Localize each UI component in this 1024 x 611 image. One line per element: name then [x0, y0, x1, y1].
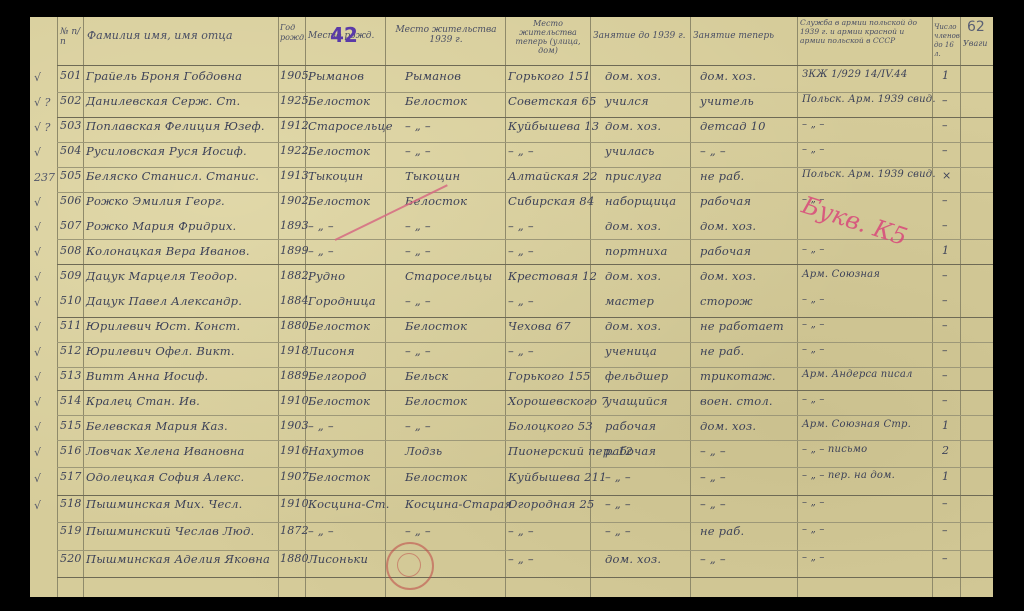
- family-count: –: [942, 194, 948, 207]
- row-group-divider: [57, 390, 993, 391]
- column-divider: [960, 17, 961, 597]
- row-number: 515: [60, 419, 82, 432]
- residence-1939: Лодзь: [405, 444, 442, 458]
- family-count: 1: [942, 244, 949, 257]
- margin-check-mark: √: [34, 246, 41, 259]
- row-divider: [57, 467, 993, 468]
- row-number: 518: [60, 497, 82, 510]
- full-name: Беляско Станисл. Станис.: [86, 169, 259, 183]
- residence-1939: Тыкоцин: [405, 169, 460, 183]
- residence-1939: – „ –: [405, 344, 431, 358]
- residence-1939: Белосток: [405, 94, 467, 108]
- occupation-before-1939: рабочая: [605, 444, 656, 458]
- army-service: – „ –: [802, 319, 825, 330]
- family-count: 1: [942, 69, 949, 82]
- current-address: – „ –: [508, 144, 534, 158]
- birth-year: 1882: [280, 269, 309, 282]
- margin-check-mark: √: [34, 146, 41, 159]
- column-divider: [83, 17, 84, 597]
- family-count: –: [942, 319, 948, 332]
- army-service: – „ – пер. на дом.: [802, 470, 895, 481]
- column-divider: [57, 17, 58, 597]
- birth-place: – „ –: [308, 219, 334, 233]
- army-service: Арм. Андерса писал: [802, 369, 913, 380]
- row-number: 503: [60, 119, 82, 132]
- occupation-before-1939: прислуга: [605, 169, 662, 183]
- birth-year: 1872: [280, 524, 309, 537]
- margin-check-mark: √: [34, 446, 41, 459]
- margin-check-mark: 237: [34, 171, 55, 184]
- margin-check-mark: √: [34, 371, 41, 384]
- full-name: Поплавская Фелиция Юзеф.: [86, 119, 265, 133]
- occupation-now: не раб.: [700, 344, 744, 358]
- current-address: Хорошевского 7: [508, 394, 609, 408]
- army-service: – „ – письмо: [802, 444, 867, 455]
- residence-1939: – „ –: [405, 219, 431, 233]
- full-name: Дацук Марцеля Теодор.: [86, 269, 238, 283]
- full-name: Рожко Эмилия Георг.: [86, 194, 225, 208]
- row-divider: [57, 415, 993, 416]
- row-number: 501: [60, 69, 82, 82]
- current-address: – „ –: [508, 244, 534, 258]
- army-service: ЗКЖ 1/929 14/IV.44: [802, 69, 907, 80]
- birth-place: Белосток: [308, 94, 370, 108]
- occupation-before-1939: портниха: [605, 244, 668, 258]
- column-divider: [690, 17, 691, 597]
- header-family-count: Число членов до 16 л.: [934, 23, 960, 59]
- residence-1939: Белосток: [405, 394, 467, 408]
- army-service: – „ –: [802, 344, 825, 355]
- occupation-now: дом. хоз.: [700, 69, 756, 83]
- row-number: 519: [60, 524, 82, 537]
- army-service: – „ –: [802, 294, 825, 305]
- row-divider: [57, 239, 993, 240]
- residence-1939: Бельск: [405, 369, 448, 383]
- birth-place: Белосток: [308, 470, 370, 484]
- occupation-now: – „ –: [700, 144, 726, 158]
- current-address: Сибирская 84: [508, 194, 594, 208]
- header-occupation-now: Занятие теперь: [693, 31, 793, 41]
- army-service: Арм. Союзная Стр.: [802, 419, 911, 430]
- birth-place: – „ –: [308, 244, 334, 258]
- archival-register-sheet: № п/п Фамилия имя, имя отца Год рожд. Ме…: [30, 17, 993, 597]
- current-address: Советская 65: [508, 94, 597, 108]
- occupation-before-1939: дом. хоз.: [605, 319, 661, 333]
- row-number: 506: [60, 194, 82, 207]
- row-number: 502: [60, 94, 82, 107]
- family-count: ×: [942, 169, 951, 182]
- full-name: Дацук Павел Александр.: [86, 294, 242, 308]
- family-count: 1: [942, 470, 949, 483]
- current-address: Горького 151: [508, 69, 591, 83]
- row-divider: [57, 142, 993, 143]
- occupation-now: – „ –: [700, 497, 726, 511]
- residence-1939: – „ –: [405, 144, 431, 158]
- army-service: – „ –: [802, 497, 825, 508]
- occupation-before-1939: наборщица: [605, 194, 676, 208]
- occupation-now: дом. хоз.: [700, 269, 756, 283]
- occupation-before-1939: училась: [605, 144, 655, 158]
- row-number: 509: [60, 269, 82, 282]
- birth-place: Белосток: [308, 394, 370, 408]
- header-residence-1939: Место жительства 1939 г.: [390, 25, 502, 45]
- occupation-now: трикотаж.: [700, 369, 776, 383]
- current-address: – „ –: [508, 552, 534, 566]
- row-divider: [57, 522, 993, 523]
- row-number: 508: [60, 244, 82, 257]
- occupation-before-1939: ученица: [605, 344, 657, 358]
- birth-year: 1913: [280, 169, 309, 182]
- full-name: Русиловская Руся Иосиф.: [86, 144, 247, 158]
- row-group-divider: [57, 117, 993, 118]
- row-number: 510: [60, 294, 82, 307]
- birth-year: 1910: [280, 394, 309, 407]
- margin-check-mark: √: [34, 499, 41, 512]
- full-name: Витт Анна Иосиф.: [86, 369, 208, 383]
- row-group-divider: [57, 264, 993, 265]
- army-service: – „ –: [802, 394, 825, 405]
- current-address: Огородная 25: [508, 497, 594, 511]
- occupation-now: – „ –: [700, 444, 726, 458]
- margin-check-mark: √: [34, 396, 41, 409]
- occupation-before-1939: дом. хоз.: [605, 269, 661, 283]
- header-address-now: Место жительства теперь (улица, дом): [508, 19, 588, 55]
- birth-place: Белосток: [308, 319, 370, 333]
- occupation-now: не раб.: [700, 524, 744, 538]
- row-number: 507: [60, 219, 82, 232]
- family-count: –: [942, 497, 948, 510]
- birth-year: 1899: [280, 244, 309, 257]
- birth-place: – „ –: [308, 524, 334, 538]
- occupation-now: рабочая: [700, 194, 751, 208]
- row-divider: [57, 92, 993, 93]
- row-number: 512: [60, 344, 82, 357]
- margin-check-mark: √: [34, 271, 41, 284]
- margin-check-mark: √: [34, 346, 41, 359]
- margin-check-mark: √: [34, 421, 41, 434]
- occupation-before-1939: учащийся: [605, 394, 668, 408]
- full-name: Кралец Стан. Ив.: [86, 394, 200, 408]
- current-address: – „ –: [508, 524, 534, 538]
- full-name: Юрилевич Офел. Викт.: [86, 344, 235, 358]
- row-divider: [57, 550, 993, 551]
- full-name: Грайель Броня Гобдовна: [86, 69, 242, 83]
- birth-year: 1903: [280, 419, 309, 432]
- full-name: Юрилевич Юст. Конст.: [86, 319, 240, 333]
- residence-1939: – „ –: [405, 294, 431, 308]
- occupation-before-1939: дом. хоз.: [605, 219, 661, 233]
- margin-check-mark: √: [34, 472, 41, 485]
- birth-year: 1912: [280, 119, 309, 132]
- birth-place: Городница: [308, 294, 376, 308]
- occupation-before-1939: – „ –: [605, 524, 631, 538]
- occupation-before-1939: – „ –: [605, 497, 631, 511]
- birth-place: Лисоньки: [308, 552, 368, 566]
- birth-year: 1918: [280, 344, 309, 357]
- family-count: –: [942, 369, 948, 382]
- header-army-service: Служба в армии польской до 1939 г. и арм…: [800, 18, 930, 45]
- birth-year: 1905: [280, 69, 309, 82]
- margin-check-mark: √: [34, 196, 41, 209]
- sheet-number: 62: [967, 19, 985, 35]
- column-divider: [797, 17, 798, 597]
- occupation-now: – „ –: [700, 552, 726, 566]
- full-name: Пышминская Аделия Яковна: [86, 552, 270, 566]
- occupation-before-1939: мастер: [605, 294, 654, 308]
- row-divider: [57, 192, 993, 193]
- residence-1939: Белосток: [405, 319, 467, 333]
- column-divider: [278, 17, 279, 597]
- current-address: Чехова 67: [508, 319, 571, 333]
- row-number: 505: [60, 169, 82, 182]
- occupation-now: не работает: [700, 319, 784, 333]
- birth-place: Рудно: [308, 269, 345, 283]
- occupation-now: детсад 10: [700, 119, 766, 133]
- family-count: –: [942, 524, 948, 537]
- row-number: 520: [60, 552, 82, 565]
- birth-year: 1916: [280, 444, 309, 457]
- current-address: – „ –: [508, 344, 534, 358]
- header-notes: Уваги: [963, 39, 991, 49]
- current-address: – „ –: [508, 219, 534, 233]
- margin-check-mark: √ ?: [34, 96, 50, 109]
- occupation-now: дом. хоз.: [700, 419, 756, 433]
- residence-1939: Косцина-Старая: [405, 497, 512, 511]
- army-service: Польск. Арм. 1939 свид.: [802, 94, 936, 105]
- occupation-now: не раб.: [700, 169, 744, 183]
- family-count: –: [942, 219, 948, 232]
- header-birth-year: Год рожд.: [280, 23, 304, 43]
- margin-check-mark: √ ?: [34, 121, 50, 134]
- current-address: Крестовая 12: [508, 269, 597, 283]
- red-pencil-annotation: Букв. К5: [798, 191, 910, 251]
- full-name: Рожко Мария Фридрих.: [86, 219, 236, 233]
- full-name: Ловчак Хелена Ивановна: [86, 444, 245, 458]
- row-group-divider: [57, 495, 993, 496]
- residence-1939: – „ –: [405, 524, 431, 538]
- residence-1939: – „ –: [405, 119, 431, 133]
- occupation-now: рабочая: [700, 244, 751, 258]
- birth-year: 1907: [280, 470, 309, 483]
- occupation-before-1939: дом. хоз.: [605, 552, 661, 566]
- full-name: Колонацкая Вера Иванов.: [86, 244, 250, 258]
- birth-place: Рыманов: [308, 69, 364, 83]
- birth-year: 1889: [280, 369, 309, 382]
- row-divider: [57, 167, 993, 168]
- family-count: –: [942, 119, 948, 132]
- row-number: 517: [60, 470, 82, 483]
- family-count: –: [942, 94, 948, 107]
- birth-year: 1893: [280, 219, 309, 232]
- header-occupation-pre1939: Занятие до 1939 г.: [593, 31, 689, 41]
- occupation-before-1939: рабочая: [605, 419, 656, 433]
- occupation-now: воен. стол.: [700, 394, 773, 408]
- birth-place: Косцина-Ст.: [308, 497, 390, 511]
- row-divider: [57, 440, 993, 441]
- current-address: Куйбышева 13: [508, 119, 599, 133]
- family-count: –: [942, 552, 948, 565]
- full-name: Пышминский Чеслав Люд.: [86, 524, 254, 538]
- birth-place: Нахутов: [308, 444, 364, 458]
- margin-check-mark: √: [34, 321, 41, 334]
- occupation-now: – „ –: [700, 470, 726, 484]
- current-address: Куйбышева 211: [508, 470, 607, 484]
- occupation-before-1939: учился: [605, 94, 649, 108]
- row-number: 516: [60, 444, 82, 457]
- birth-year: 1910: [280, 497, 309, 510]
- birth-place: Белосток: [308, 194, 370, 208]
- birth-place: Лисоня: [308, 344, 355, 358]
- header-row-no: № п/п: [60, 27, 82, 47]
- birth-year: 1922: [280, 144, 309, 157]
- row-divider: [57, 367, 993, 368]
- margin-check-mark: √: [34, 296, 41, 309]
- family-count: 1: [942, 419, 949, 432]
- occupation-now: учитель: [700, 94, 754, 108]
- full-name: Белевская Мария Каз.: [86, 419, 228, 433]
- header-full-name: Фамилия имя, имя отца: [87, 31, 233, 41]
- margin-check-mark: √: [34, 221, 41, 234]
- army-service: – „ –: [802, 144, 825, 155]
- current-address: Болоцкого 53: [508, 419, 593, 433]
- birth-place: Старосельце: [308, 119, 393, 133]
- army-service: Арм. Союзная: [802, 269, 880, 280]
- row-number: 504: [60, 144, 82, 157]
- birth-place: Тыкоцин: [308, 169, 363, 183]
- family-count: –: [942, 294, 948, 307]
- army-service: Польск. Арм. 1939 свид.: [802, 169, 936, 180]
- birth-year: 1884: [280, 294, 309, 307]
- row-number: 514: [60, 394, 82, 407]
- row-group-divider: [57, 317, 993, 318]
- full-name: Данилевская Серж. Ст.: [86, 94, 240, 108]
- row-number: 513: [60, 369, 82, 382]
- margin-check-mark: √: [34, 71, 41, 84]
- residence-1939: Рыманов: [405, 69, 461, 83]
- birth-place: – „ –: [308, 419, 334, 433]
- row-group-divider: [57, 577, 993, 578]
- army-service: – „ –: [802, 119, 825, 130]
- current-address: Горького 155: [508, 369, 591, 383]
- full-name: Одолецкая София Алекс.: [86, 470, 244, 484]
- header-divider: [57, 65, 993, 66]
- residence-1939: – „ –: [405, 419, 431, 433]
- family-count: –: [942, 269, 948, 282]
- row-divider: [57, 342, 993, 343]
- birth-year: 1880: [280, 552, 309, 565]
- army-service: – „ –: [802, 244, 825, 255]
- violet-folio-stamp: 42: [330, 23, 358, 47]
- residence-1939: Белосток: [405, 470, 467, 484]
- occupation-before-1939: дом. хоз.: [605, 119, 661, 133]
- family-count: –: [942, 394, 948, 407]
- family-count: 2: [942, 444, 949, 457]
- birth-year: 1925: [280, 94, 309, 107]
- birth-place: Белосток: [308, 144, 370, 158]
- birth-place: Белгород: [308, 369, 367, 383]
- full-name: Пышминская Мих. Чесл.: [86, 497, 243, 511]
- residence-1939: Старосельцы: [405, 269, 492, 283]
- current-address: Алтайская 22: [508, 169, 598, 183]
- family-count: –: [942, 344, 948, 357]
- round-archive-stamp: [386, 542, 434, 590]
- birth-year: 1880: [280, 319, 309, 332]
- occupation-before-1939: – „ –: [605, 470, 631, 484]
- occupation-before-1939: фельдшер: [605, 369, 668, 383]
- current-address: – „ –: [508, 294, 534, 308]
- birth-year: 1902: [280, 194, 309, 207]
- army-service: – „ –: [802, 524, 825, 535]
- army-service: – „ –: [802, 552, 825, 563]
- occupation-now: дом. хоз.: [700, 219, 756, 233]
- family-count: –: [942, 144, 948, 157]
- row-number: 511: [60, 319, 82, 332]
- residence-1939: – „ –: [405, 244, 431, 258]
- occupation-before-1939: дом. хоз.: [605, 69, 661, 83]
- occupation-now: сторож: [700, 294, 753, 308]
